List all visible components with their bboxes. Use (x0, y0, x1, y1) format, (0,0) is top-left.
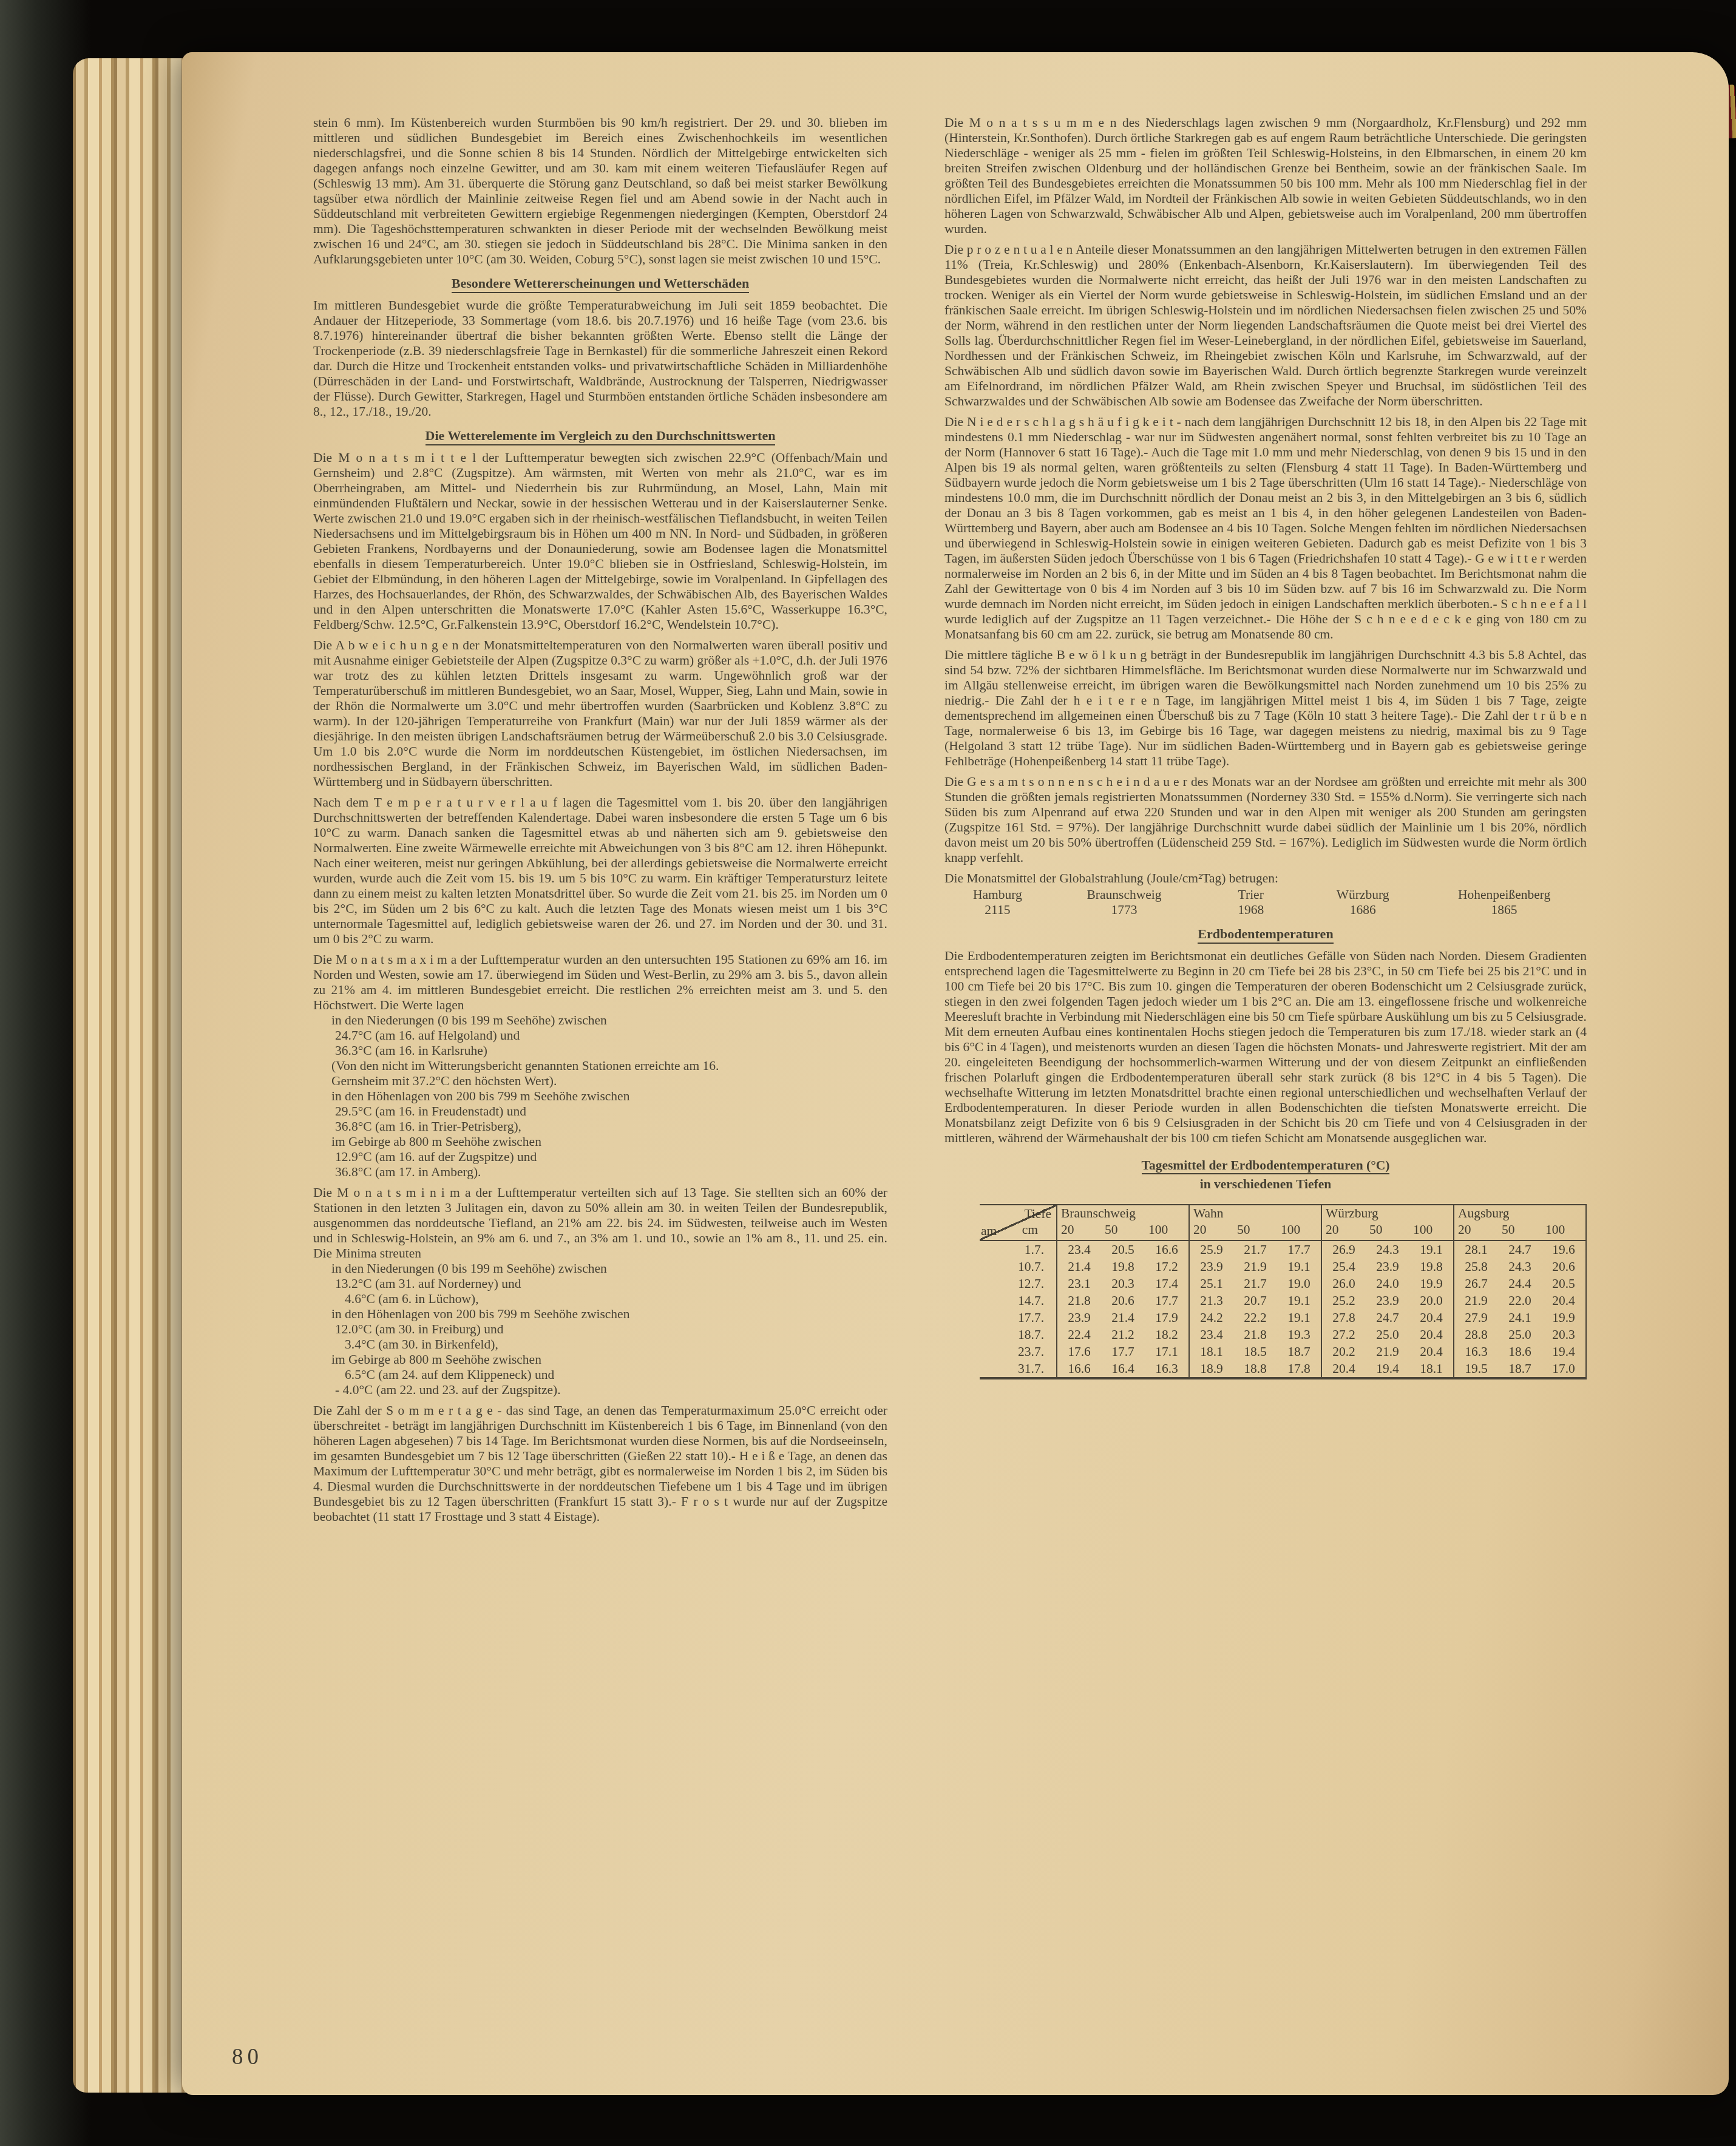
table-value-cell: 25.4 (1321, 1258, 1366, 1275)
table-value-cell: 17.9 (1145, 1309, 1189, 1326)
indent-line: in den Höhenlagen von 200 bis 799 m Seeh… (331, 1307, 887, 1322)
table-value-cell: 19.1 (1409, 1241, 1454, 1258)
table-depth-header: 50 (1498, 1222, 1542, 1241)
table-value-cell: 21.8 (1057, 1292, 1101, 1309)
table-date-cell: 31.7. (980, 1360, 1057, 1378)
indent-line: 13.2°C (am 31. auf Norderney) und (335, 1276, 887, 1291)
indent-line: 3.4°C (am 30. in Birkenfeld), (345, 1337, 887, 1352)
table-value-cell: 27.9 (1454, 1309, 1498, 1326)
paragraph: Die M o n a t s m i n i m a der Lufttemp… (313, 1185, 887, 1398)
table-value-cell: 27.2 (1321, 1326, 1366, 1343)
table-value-cell: 19.4 (1542, 1343, 1586, 1360)
table-value-cell: 26.7 (1454, 1275, 1498, 1292)
table-date-cell: 14.7. (980, 1292, 1057, 1309)
table-value-cell: 18.5 (1233, 1343, 1277, 1360)
table-value-cell: 24.0 (1366, 1275, 1409, 1292)
table-value-cell: 22.0 (1498, 1292, 1542, 1309)
paragraph: Die M o n a t s m i t t e l der Lufttemp… (313, 450, 887, 632)
radiation-intro: Die Monatsmittel der Globalstrahlung (Jo… (944, 871, 1587, 886)
table-value-cell: 23.1 (1057, 1275, 1101, 1292)
table-date-cell: 17.7. (980, 1309, 1057, 1326)
table-value-cell: 20.6 (1542, 1258, 1586, 1275)
table-date-cell: 12.7. (980, 1275, 1057, 1292)
table-value-cell: 20.3 (1101, 1275, 1145, 1292)
table-value-cell: 23.9 (1189, 1258, 1233, 1275)
table-value-cell: 20.5 (1101, 1241, 1145, 1258)
table-value-cell: 21.7 (1233, 1241, 1277, 1258)
table-value-cell: 25.9 (1189, 1241, 1233, 1258)
page-number: 80 (232, 2044, 263, 2070)
radiation-station-name: Trier (1198, 887, 1304, 902)
table-depth-header: 100 (1145, 1222, 1189, 1241)
paragraph: Die N i e d e r s c h l a g s h ä u f i … (944, 415, 1587, 642)
table-value-cell: 18.7 (1498, 1360, 1542, 1378)
table-value-cell: 19.9 (1409, 1275, 1454, 1292)
table-station-header: Wahn (1189, 1205, 1321, 1222)
table-depth-header: 100 (1409, 1222, 1454, 1241)
indent-line: 12.0°C (am 30. in Freiburg) und (335, 1322, 887, 1337)
table-value-cell: 25.0 (1366, 1326, 1409, 1343)
table-value-cell: 25.2 (1321, 1292, 1366, 1309)
table-value-cell: 22.4 (1057, 1326, 1101, 1343)
table-value-cell: 19.8 (1101, 1258, 1145, 1275)
indent-line: 4.6°C (am 6. in Lüchow), (345, 1291, 887, 1307)
paragraph: Die M o n a t s s u m m e n des Niedersc… (944, 115, 1587, 237)
table-value-cell: 19.1 (1277, 1309, 1321, 1326)
table-value-cell: 16.6 (1145, 1241, 1189, 1258)
table-value-cell: 20.3 (1542, 1326, 1586, 1343)
table-value-cell: 21.9 (1233, 1258, 1277, 1275)
table-value-cell: 23.9 (1057, 1309, 1101, 1326)
table-value-cell: 23.4 (1189, 1326, 1233, 1343)
indent-line: im Gebirge ab 800 m Seehöhe zwischen (331, 1352, 887, 1367)
table-depth-header: 20 (1189, 1222, 1233, 1241)
table-value-cell: 18.6 (1498, 1343, 1542, 1360)
table-value-cell: 19.5 (1454, 1360, 1498, 1378)
table-value-cell: 20.5 (1542, 1275, 1586, 1292)
paragraph: Im mittleren Bundesgebiet wurde die größ… (313, 298, 887, 419)
table-value-cell: 20.7 (1233, 1292, 1277, 1309)
section-heading: Die Wetterelemente im Vergleich zu den D… (313, 428, 887, 443)
radiation-station-value: 1865 (1422, 902, 1587, 918)
table-value-cell: 16.4 (1101, 1360, 1145, 1378)
table-value-cell: 19.6 (1542, 1241, 1586, 1258)
table-value-cell: 18.2 (1145, 1326, 1189, 1343)
table-row: 17.7.23.921.417.924.222.219.127.824.720.… (980, 1309, 1586, 1326)
table-value-cell: 21.4 (1057, 1258, 1101, 1275)
table-depth-header: 50 (1101, 1222, 1145, 1241)
column-right-text: Die M o n a t s s u m m e n des Niedersc… (944, 115, 1587, 865)
table-value-cell: 18.9 (1189, 1360, 1233, 1378)
section-heading: Besondere Wettererscheinungen und Wetter… (313, 276, 887, 291)
table-row: 31.7.16.616.416.318.918.817.820.419.418.… (980, 1360, 1586, 1378)
indent-line: Gernsheim mit 37.2°C den höchsten Wert). (331, 1074, 887, 1089)
indent-line: in den Niederungen (0 bis 199 m Seehöhe)… (331, 1013, 887, 1028)
table-value-cell: 19.0 (1277, 1275, 1321, 1292)
table-corner-cell: Tiefecmam (980, 1205, 1057, 1241)
table-value-cell: 27.8 (1321, 1309, 1366, 1326)
table-value-cell: 19.3 (1277, 1326, 1321, 1343)
table-station-header: Würzburg (1321, 1205, 1454, 1222)
table-value-cell: 24.2 (1189, 1309, 1233, 1326)
table-value-cell: 17.0 (1542, 1360, 1586, 1378)
section-heading-erdboden: Erdbodentemperaturen (944, 926, 1587, 941)
table-value-cell: 26.0 (1321, 1275, 1366, 1292)
radiation-station-value: 1686 (1304, 902, 1422, 918)
table-row: 1.7.23.420.516.625.921.717.726.924.319.1… (980, 1241, 1586, 1258)
table-value-cell: 20.0 (1409, 1292, 1454, 1309)
table-depth-header: 50 (1366, 1222, 1409, 1241)
table-value-cell: 16.3 (1454, 1343, 1498, 1360)
table-value-cell: 23.4 (1057, 1241, 1101, 1258)
table-value-cell: 20.4 (1409, 1309, 1454, 1326)
table-value-cell: 16.3 (1145, 1360, 1189, 1378)
radiation-station: Trier1968 (1198, 887, 1304, 918)
radiation-station-name: Hohenpeißenberg (1422, 887, 1587, 902)
soil-temperature-table: TiefecmamBraunschweigWahnWürzburgAugsbur… (980, 1204, 1587, 1379)
indent-line: - 4.0°C (am 22. und 23. auf der Zugspitz… (335, 1383, 887, 1398)
table-date-cell: 18.7. (980, 1326, 1057, 1343)
radiation-station: Würzburg1686 (1304, 887, 1422, 918)
table-depth-header: 20 (1454, 1222, 1498, 1241)
radiation-station-name: Braunschweig (1051, 887, 1198, 902)
paragraph: stein 6 mm). Im Küstenbereich wurden Stu… (313, 115, 887, 267)
table-value-cell: 20.4 (1409, 1326, 1454, 1343)
table-value-cell: 25.0 (1498, 1326, 1542, 1343)
table-value-cell: 20.6 (1101, 1292, 1145, 1309)
table-depth-header: 20 (1321, 1222, 1366, 1241)
paragraph: Die Zahl der S o m m e r t a g e - das s… (313, 1403, 887, 1525)
table-value-cell: 21.4 (1101, 1309, 1145, 1326)
table-value-cell: 21.9 (1366, 1343, 1409, 1360)
table-row: 10.7.21.419.817.223.921.919.125.423.919.… (980, 1258, 1586, 1275)
table-value-cell: 19.4 (1366, 1360, 1409, 1378)
table-row: 18.7.22.421.218.223.421.819.327.225.020.… (980, 1326, 1586, 1343)
table-value-cell: 17.7 (1277, 1241, 1321, 1258)
paragraph: Die M o n a t s m a x i m a der Lufttemp… (313, 952, 887, 1180)
table-value-cell: 20.4 (1542, 1292, 1586, 1309)
table-value-cell: 18.1 (1189, 1343, 1233, 1360)
table-value-cell: 17.7 (1101, 1343, 1145, 1360)
table-value-cell: 24.3 (1498, 1258, 1542, 1275)
indent-line: (Von den nicht im Witterungsbericht gena… (331, 1058, 887, 1074)
table-value-cell: 20.2 (1321, 1343, 1366, 1360)
table-value-cell: 19.1 (1277, 1258, 1321, 1275)
table-date-cell: 23.7. (980, 1343, 1057, 1360)
table-value-cell: 28.8 (1454, 1326, 1498, 1343)
table-value-cell: 17.1 (1145, 1343, 1189, 1360)
radiation-station: Braunschweig1773 (1051, 887, 1198, 918)
table-row: 23.7.17.617.717.118.118.518.720.221.920.… (980, 1343, 1586, 1360)
radiation-station-value: 1773 (1051, 902, 1198, 918)
page-stack-edges (73, 58, 188, 2093)
soil-table-title: Tagesmittel der Erdbodentemperaturen (°C… (944, 1158, 1587, 1173)
paragraph: Die mittlere tägliche B e w ö l k u n g … (944, 648, 1587, 769)
table-station-header: Augsburg (1454, 1205, 1586, 1222)
paragraph: Die p r o z e n t u a l e n Anteile dies… (944, 242, 1587, 409)
table-value-cell: 26.9 (1321, 1241, 1366, 1258)
radiation-grid: Hamburg2115Braunschweig1773Trier1968Würz… (944, 887, 1587, 918)
table-value-cell: 17.6 (1057, 1343, 1101, 1360)
table-date-cell: 1.7. (980, 1241, 1057, 1258)
table-value-cell: 18.8 (1233, 1360, 1277, 1378)
table-value-cell: 24.1 (1498, 1309, 1542, 1326)
radiation-station-value: 1968 (1198, 902, 1304, 918)
soil-table-subtitle: in verschiedenen Tiefen (944, 1177, 1587, 1192)
table-value-cell: 19.8 (1409, 1258, 1454, 1275)
table-row: 12.7.23.120.317.425.121.719.026.024.019.… (980, 1275, 1586, 1292)
table-value-cell: 16.6 (1057, 1360, 1101, 1378)
table-value-cell: 19.9 (1542, 1309, 1586, 1326)
table-date-cell: 10.7. (980, 1258, 1057, 1275)
radiation-station: Hohenpeißenberg1865 (1422, 887, 1587, 918)
indent-line: im Gebirge ab 800 m Seehöhe zwischen (331, 1134, 887, 1149)
indent-line: 36.8°C (am 16. in Trier-Petrisberg), (335, 1119, 887, 1134)
table-value-cell: 25.8 (1454, 1258, 1498, 1275)
column-left: stein 6 mm). Im Küstenbereich wurden Stu… (313, 115, 887, 1530)
table-depth-header: 50 (1233, 1222, 1277, 1241)
table-value-cell: 21.2 (1101, 1326, 1145, 1343)
table-value-cell: 18.1 (1409, 1360, 1454, 1378)
table-value-cell: 25.1 (1189, 1275, 1233, 1292)
table-value-cell: 17.7 (1145, 1292, 1189, 1309)
table-value-cell: 21.3 (1189, 1292, 1233, 1309)
table-value-cell: 23.9 (1366, 1292, 1409, 1309)
table-value-cell: 24.3 (1366, 1241, 1409, 1258)
table-value-cell: 19.1 (1277, 1292, 1321, 1309)
table-value-cell: 20.4 (1409, 1343, 1454, 1360)
table-row: 14.7.21.820.617.721.320.719.125.223.920.… (980, 1292, 1586, 1309)
scanned-book-page: 80 stein 6 mm). Im Küstenbereich wurden … (0, 0, 1736, 2146)
table-station-header: Braunschweig (1057, 1205, 1189, 1222)
table-value-cell: 17.4 (1145, 1275, 1189, 1292)
paragraph: Nach dem T e m p e r a t u r v e r l a u… (313, 795, 887, 947)
indent-line: 12.9°C (am 16. auf der Zugspitze) und (335, 1149, 887, 1165)
table-value-cell: 20.4 (1321, 1360, 1366, 1378)
table-value-cell: 21.9 (1454, 1292, 1498, 1309)
radiation-station-name: Hamburg (944, 887, 1051, 902)
table-value-cell: 18.7 (1277, 1343, 1321, 1360)
table-value-cell: 24.4 (1498, 1275, 1542, 1292)
table-value-cell: 22.2 (1233, 1309, 1277, 1326)
table-depth-header: 20 (1057, 1222, 1101, 1241)
table-value-cell: 17.2 (1145, 1258, 1189, 1275)
indent-line: 6.5°C (am 24. auf dem Klippeneck) und (345, 1367, 887, 1383)
table-value-cell: 21.7 (1233, 1275, 1277, 1292)
table-depth-header: 100 (1542, 1222, 1586, 1241)
table-value-cell: 21.8 (1233, 1326, 1277, 1343)
radiation-station: Hamburg2115 (944, 887, 1051, 918)
radiation-station-name: Würzburg (1304, 887, 1422, 902)
indent-line: in den Niederungen (0 bis 199 m Seehöhe)… (331, 1261, 887, 1276)
indent-line: 36.8°C (am 17. in Amberg). (335, 1165, 887, 1180)
indent-line: 29.5°C (am 16. in Freudenstadt) und (335, 1104, 887, 1119)
table-depth-header: 100 (1277, 1222, 1321, 1241)
table-value-cell: 17.8 (1277, 1360, 1321, 1378)
paragraph: Die A b w e i c h u n g e n der Monatsmi… (313, 638, 887, 790)
soil-paragraph: Die Erdbodentemperaturen zeigten im Beri… (944, 949, 1587, 1146)
indent-line: 36.3°C (am 16. in Karlsruhe) (335, 1043, 887, 1058)
table-value-cell: 28.1 (1454, 1241, 1498, 1258)
radiation-station-value: 2115 (944, 902, 1051, 918)
paragraph: Die G e s a m t s o n n e n s c h e i n … (944, 774, 1587, 865)
table-value-cell: 23.9 (1366, 1258, 1409, 1275)
table-value-cell: 24.7 (1366, 1309, 1409, 1326)
column-right: Die M o n a t s s u m m e n des Niedersc… (944, 115, 1587, 1379)
indent-line: in den Höhenlagen von 200 bis 799 m Seeh… (331, 1089, 887, 1104)
indent-line: 24.7°C (am 16. auf Helgoland) und (335, 1028, 887, 1043)
table-value-cell: 24.7 (1498, 1241, 1542, 1258)
